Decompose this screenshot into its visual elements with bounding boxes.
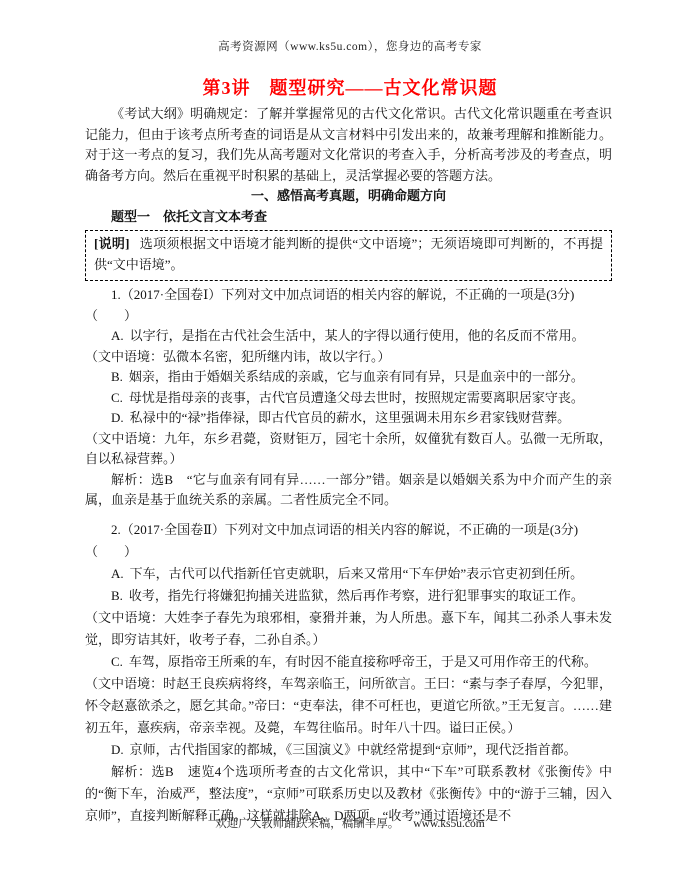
option-label: B. [111,588,123,603]
doc-footer: 欢迎广大教师踊跃来稿，稿酬丰厚。www.ks5u.com [0,815,700,831]
option-text: 京师，古代指国家的都城，《三国演义》中就经常提到“京师”，现代泛指首都。 [130,742,577,757]
intro-paragraph: 《考试大纲》明确规定：了解并掌握常见的古代文化常识。古代文化常识题重在考查识记能… [85,104,612,186]
option-label: A. [111,328,124,343]
option-text: 私禄中的“禄”指俸禄，即古代官员的薪水，这里强调未用东乡君家钱财营葬。 [130,410,571,425]
analysis-text: 选B “它与血亲有同有异……一部分”错。姻亲是以婚姻关系为中介而产生的亲属，血亲… [85,472,612,508]
question-1-stem: 1.（2017·全国卷Ⅰ）下列对文中加点词语的相关内容的解说，不正确的一项是(3… [85,285,612,306]
option-text: 母忧是指母亲的丧事，古代官员遭逢父母去世时，按照规定需要离职居家守丧。 [129,390,584,405]
footer-text: 欢迎广大教师踊跃来稿，稿酬丰厚。 [215,818,399,830]
option-text: 以字行，是指在古代社会生活中，某人的字得以通行使用，他的名反而不常用。 [130,328,585,343]
question-2-option-a: A.下车，古代可以代指新任官吏就职，后来又常用“下车伊始”表示官吏初到任所。 [85,563,612,585]
question-1-option-d: D.私禄中的“禄”指俸禄，即古代官员的薪水，这里强调未用东乡君家钱财营葬。 [85,408,612,429]
question-1-answer-bracket: （ ） [85,306,612,327]
analysis-text: 选B 速览4个选项所考查的古文化常识，其中“下车”可联系教材《张衡传》中的“衡下… [85,764,612,823]
question-2: 2.（2017·全国卷Ⅱ）下列对文中加点词语的相关内容的解说，不正确的一项是(3… [85,519,612,827]
question-2-answer-bracket: （ ） [85,541,612,563]
analysis-label: 解析： [111,472,151,487]
document-page: 高考资源网（www.ks5u.com），您身边的高考专家 第3讲 题型研究——古… [0,0,700,877]
note-box: [说明]选项须根据文中语境才能判断的提供“文中语境”；无须语境即可判断的，不再提… [85,230,612,281]
question-1: 1.（2017·全国卷Ⅰ）下列对文中加点词语的相关内容的解说，不正确的一项是(3… [85,285,612,511]
note-text: 选项须根据文中语境才能判断的提供“文中语境”；无须语境即可判断的，不再提供“文中… [94,236,603,272]
question-2-option-c-context: （文中语境：时赵王良疾病将终，车驾亲临王，问所欲言。王曰：“素与李子春厚，今犯罪… [85,673,612,739]
option-label: B. [111,369,123,384]
topic-subheading: 题型一 依托文言文本考查 [85,207,612,228]
option-label: A. [111,566,124,581]
question-2-option-b: B.收考，指先行将嫌犯拘捕关进监狱，然后再作考察，进行犯罪事实的取证工作。 [85,585,612,607]
question-1-option-a-context: （文中语境：弘微本名密，犯所继内讳，故以字行。） [85,347,612,368]
question-2-option-d: D.京师，古代指国家的都城，《三国演义》中就经常提到“京师”，现代泛指首都。 [85,739,612,761]
question-2-option-b-context: （文中语境：大姓李子春先为琅邪相，豪猾并兼，为人所患。憙下车，闻其二孙杀人事未发… [85,607,612,651]
analysis-label: 解析： [111,764,152,779]
site-header: 高考资源网（www.ks5u.com），您身边的高考专家 [0,38,700,54]
doc-title: 第3讲 题型研究——古文化常识题 [0,74,700,100]
option-label: D. [111,742,124,757]
option-label: C. [111,390,123,405]
option-text: 收考，指先行将嫌犯拘捕关进监狱，然后再作考察，进行犯罪事实的取证工作。 [129,588,584,603]
option-text: 姻亲，指由于婚姻关系结成的亲戚，它与血亲有同有异，只是血亲中的一部分。 [129,369,584,384]
question-2-stem: 2.（2017·全国卷Ⅱ）下列对文中加点词语的相关内容的解说，不正确的一项是(3… [85,519,612,541]
section-heading: 一、感悟高考真题，明确命题方向 [85,186,612,207]
question-1-option-b: B.姻亲，指由于婚姻关系结成的亲戚，它与血亲有同有异，只是血亲中的一部分。 [85,367,612,388]
note-label: [说明] [94,236,130,251]
option-text: 车驾，原指帝王所乘的车，有时因不能直接称呼帝王，于是又可用作帝王的代称。 [129,654,597,669]
option-label: C. [111,654,123,669]
question-1-option-c: C.母忧是指母亲的丧事，古代官员遭逢父母去世时，按照规定需要离职居家守丧。 [85,388,612,409]
question-1-option-a: A.以字行，是指在古代社会生活中，某人的字得以通行使用，他的名反而不常用。 [85,326,612,347]
option-label: D. [111,410,124,425]
question-2-option-c: C.车驾，原指帝王所乘的车，有时因不能直接称呼帝王，于是又可用作帝王的代称。 [85,651,612,673]
footer-url: www.ks5u.com [413,818,484,830]
option-text: 下车，古代可以代指新任官吏就职，后来又常用“下车伊始”表示官吏初到任所。 [130,566,584,581]
doc-body: 《考试大纲》明确规定：了解并掌握常见的古代文化常识。古代文化常识题重在考查识记能… [85,104,612,827]
question-1-option-d-context: （文中语境：九年，东乡君薨，资财钜万，园宅十余所，奴僮犹有数百人。弘微一无所取，… [85,429,612,470]
question-1-analysis: 解析：选B “它与血亲有同有异……一部分”错。姻亲是以婚姻关系为中介而产生的亲属… [85,470,612,511]
